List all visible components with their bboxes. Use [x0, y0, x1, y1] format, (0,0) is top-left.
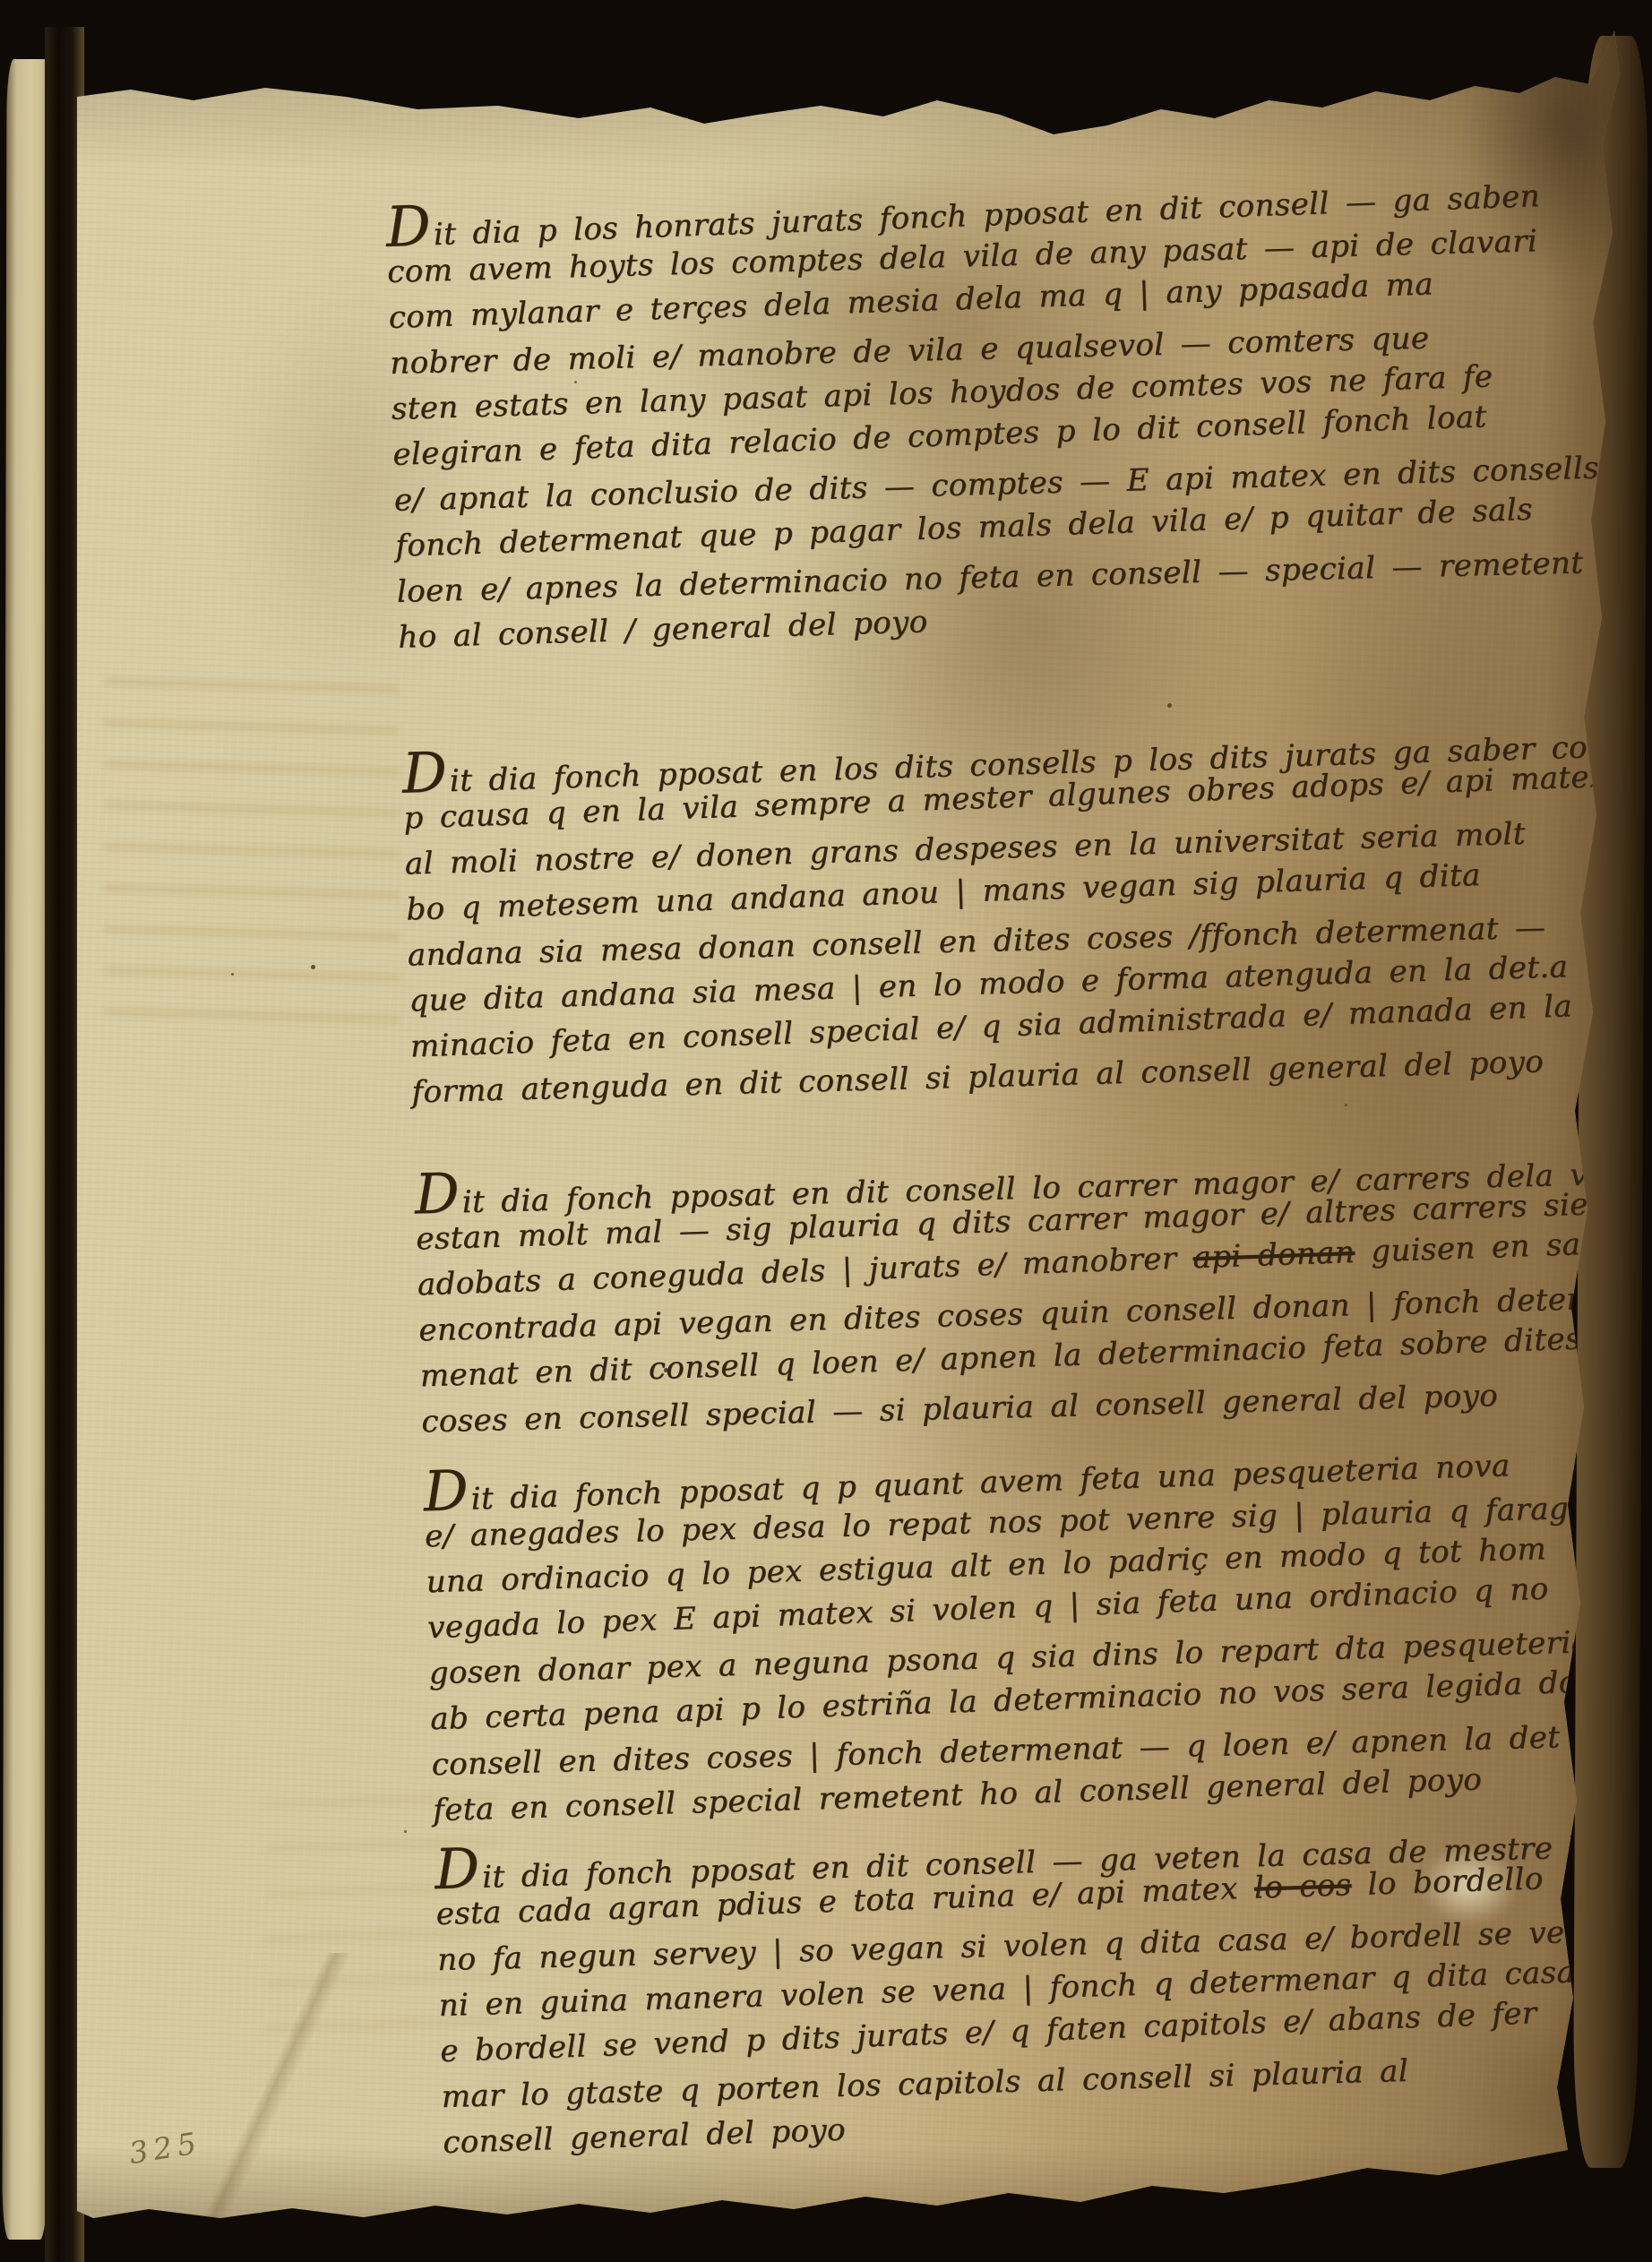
paragraph: Dit dia p los honrats jurats fonch pposa… — [385, 169, 1563, 660]
manuscript-photo: 333 Dit dia p los honrats jurats fonch p… — [0, 0, 1652, 2262]
paragraph: Dit dia fonch pposat en dit consell lo c… — [414, 1137, 1587, 1445]
manuscript-page: 333 Dit dia p los honrats jurats fonch p… — [77, 0, 1650, 2262]
paragraph: Dit dia fonch pposat en los dits consell… — [401, 716, 1577, 1115]
fold-crease — [77, 1953, 462, 2240]
ink-specks — [77, 0, 80, 3]
paragraph: Dit dia fonch pposat q p quant avem feta… — [423, 1434, 1598, 1834]
folio-number: 333 — [1433, 39, 1511, 92]
handwritten-text-block: Dit dia p los honrats jurats fonch pposa… — [385, 169, 1607, 2166]
paragraph: Dit dia fonch pposat en dit consell — ga… — [434, 1812, 1607, 2166]
ink-bleed-through — [104, 654, 400, 1039]
